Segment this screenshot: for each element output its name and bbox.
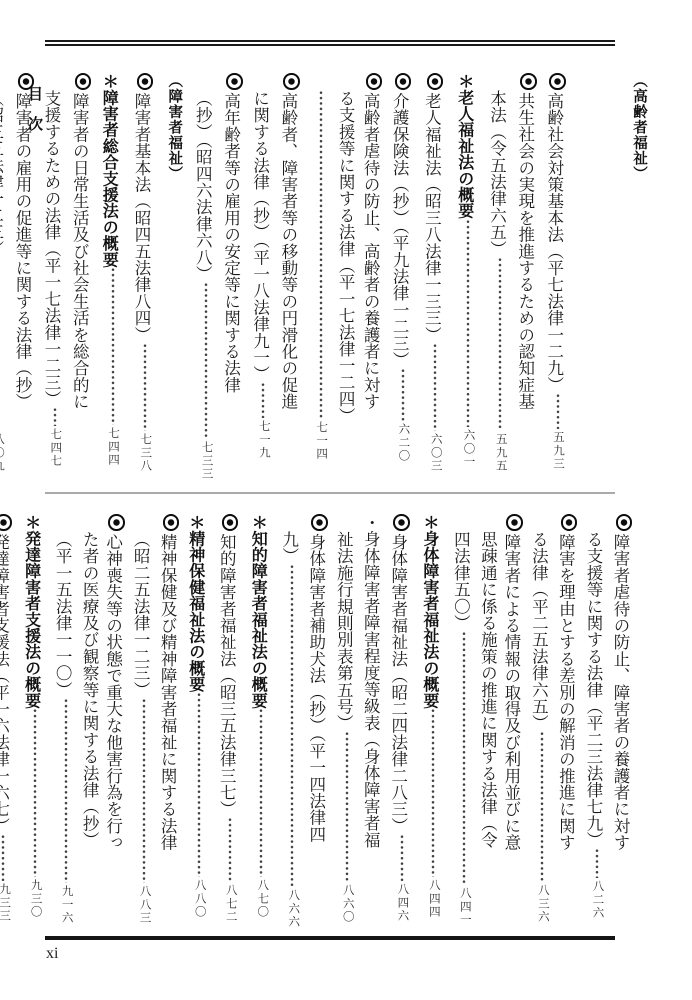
dot-leader-icon [257, 382, 269, 418]
entry-page-number: 七三八 [132, 433, 157, 473]
toc-entry: 障害者の日常生活及び社会生活を総合的に支援するための法律（平一七法律一二三）七四… [39, 73, 92, 417]
dot-leader-icon [193, 692, 205, 877]
entry-page-number: 八八三 [132, 885, 156, 925]
entry-title: 精神保健福祉法の概要 [187, 530, 204, 692]
fisheye-bullet-icon [549, 73, 566, 90]
dot-leader-icon [315, 90, 327, 419]
dot-leader-icon [341, 731, 353, 881]
fisheye-bullet-icon [163, 514, 180, 531]
toc-entry: 共生社会の実現を推進するための認知症基本法（令五法律六五）五九五 [484, 73, 537, 417]
toc-entry: ＊精神保健福祉法の概要八八〇 [183, 514, 210, 858]
entry-title: 介護保険法（抄）（平九法律一二三） [390, 93, 409, 369]
dot-leader-icon [552, 393, 564, 429]
entry-page-number: 七三三 [194, 441, 219, 481]
fisheye-bullet-icon [366, 73, 383, 90]
entry-title: 障害者の日常生活及び社会生活を総合的に支援するための法律（平一七法律一二三） [42, 90, 89, 410]
dot-leader-icon [107, 267, 119, 424]
toc-entry: 身体障害者補助犬法（抄）（平一四法律四九）八六六 [277, 514, 328, 858]
dot-leader-icon [286, 564, 298, 886]
toc-entry: 高年齢者等の雇用の安定等に関する法律（抄）（昭四六法律六八）七三三 [190, 73, 243, 417]
leader-and-page: 六二〇 [390, 368, 415, 463]
entry-page-number: 六〇一 [455, 429, 480, 469]
fisheye-bullet-icon [520, 73, 537, 90]
leader-and-page: 六〇三 [423, 343, 448, 473]
dot-leader-icon [49, 407, 61, 426]
leader-and-page: 八〇九 [0, 257, 10, 473]
entry-page-number: 八四四 [421, 879, 445, 919]
dot-leader-icon [0, 257, 4, 431]
toc-entry: 高齢者虐待の防止、高齢者の養護者に対する支援等に関する法律（平一七法律一二四）七… [305, 73, 383, 417]
entry-page-number: 九三〇 [23, 879, 47, 919]
toc-entry: 老人福祉法（昭三八法律一三三）六〇三 [419, 73, 447, 417]
dot-leader-icon [494, 257, 506, 431]
entry-page-number: 七一四 [308, 421, 333, 461]
entry-page-number: 八四六 [390, 883, 414, 923]
toc-entry: （高齢者福祉） [626, 73, 651, 417]
fisheye-bullet-icon [616, 514, 633, 531]
entry-title: 障害者総合支援法の概要 [100, 89, 117, 267]
dot-leader-icon [429, 343, 441, 431]
entry-page-number: 五九三 [545, 431, 570, 471]
entry-title: 高齢者虐待の防止、高齢者の養護者に対する支援等に関する法律（平一七法律一二四） [336, 90, 380, 424]
fisheye-bullet-icon [561, 514, 578, 531]
entry-page-number: 八二六 [585, 880, 609, 920]
toc-entry: 高齢社会対策基本法（平七法律一二九）五九三 [542, 73, 570, 417]
leader-and-page: 八四四 [421, 708, 445, 918]
toc-entry: ＊障害者総合支援法の概要七四四 [96, 73, 125, 417]
fisheye-bullet-icon [108, 514, 125, 531]
toc-band-disability-welfare: 障害者虐待の防止、障害者の養護者に対する支援等に関する法律（平二三法律七九）八二… [0, 514, 632, 954]
fisheye-bullet-icon [75, 73, 92, 90]
leader-and-page: 六〇一 [455, 219, 480, 469]
entry-page-number: 六二〇 [390, 423, 415, 463]
entry-title: 高齢社会対策基本法（平七法律一二九） [545, 93, 564, 394]
leader-and-page: 九三〇 [23, 708, 47, 918]
leader-and-page: 五九五 [488, 257, 513, 473]
leader-and-page: 七三三 [194, 282, 219, 481]
entry-title: 身体障害者福祉法（昭二四法律二八三） [389, 534, 408, 835]
entry-page-number: 九三三 [0, 883, 15, 923]
entry-page-number: 八七二 [218, 884, 242, 924]
fisheye-bullet-icon [137, 73, 154, 90]
entry-title: （高齢者福祉） [631, 73, 647, 182]
fisheye-bullet-icon [283, 73, 300, 90]
leader-and-page: 八八三 [132, 698, 156, 925]
leader-and-page: 七一九 [251, 382, 276, 460]
top-double-rule [45, 40, 615, 46]
entry-title: （障害者福祉） [166, 73, 182, 182]
leader-and-page: 八六六 [281, 564, 305, 928]
asterisk-mark: ＊ [456, 73, 473, 89]
toc-page: 目次 （高齢者福祉） 高齢社会対策基本法（平七法律一二九）五九三 共生社会の実現… [0, 0, 692, 1000]
entry-title: 障害者虐待の防止、障害者の養護者に対する支援等に関する法律（平二三法律七九） [584, 531, 630, 851]
toc-entry: 障害者基本法（昭四五法律八四）七三八 [129, 73, 157, 417]
dot-leader-icon [536, 731, 548, 881]
entry-page-number: 五九五 [488, 433, 513, 473]
toc-entry: 介護保険法（抄）（平九法律一二三）六二〇 [387, 73, 415, 417]
leader-and-page: 九一六 [54, 698, 78, 925]
fisheye-bullet-icon [506, 514, 523, 531]
dot-leader-icon [255, 708, 267, 876]
toc-entry: ・身体障害者障害程度等級表（身体障害者福祉法施行規則別表第五号）八六〇 [332, 514, 383, 858]
entry-page-number: 八七〇 [250, 879, 274, 919]
entry-title: 高齢者、障害者等の移動等の円滑化の促進に関する法律（抄）（平一八法律九一） [251, 90, 298, 410]
asterisk-mark: ＊ [249, 514, 266, 530]
asterisk-mark: ＊ [100, 73, 117, 89]
entry-page-number: 九一六 [54, 885, 78, 925]
fisheye-bullet-icon [0, 514, 12, 531]
entry-title: 障害者基本法（昭四五法律八四） [132, 93, 151, 344]
dot-leader-icon [29, 708, 41, 876]
toc-entry: 精神保健及び精神障害者福祉に関する法律（昭二五法律一二三）八八三 [129, 514, 180, 858]
bottom-rule [45, 936, 615, 940]
entry-title: 発達障害者支援法の概要 [23, 530, 40, 708]
entry-title: 老人福祉法の概要 [456, 89, 473, 219]
toc-entry: ＊老人福祉法の概要六〇一 [452, 73, 481, 417]
leader-and-page: 八三六 [530, 731, 554, 923]
fisheye-bullet-icon [393, 514, 410, 531]
toc-entry: 障害を理由とする差別の解消の推進に関する法律（平二五法律六五）八三六 [527, 514, 578, 858]
entry-page-number: 六〇三 [423, 433, 448, 473]
toc-entry: 障害者虐待の防止、障害者の養護者に対する支援等に関する法律（平二三法律七九）八二… [581, 514, 632, 858]
dot-leader-icon [458, 631, 470, 885]
entry-title: 身体障害者福祉法の概要 [421, 530, 438, 708]
dot-leader-icon [139, 343, 151, 431]
fisheye-bullet-icon [226, 73, 243, 90]
leader-and-page: 七三八 [132, 343, 157, 473]
leader-and-page: 七四七 [42, 407, 67, 468]
toc-entry: 障害者の雇用の促進等に関する法律（抄）（昭三五法律一二三）八〇九 [0, 73, 35, 417]
entry-title: 発達障害者支援法（平一六法律一六七） [0, 534, 10, 835]
dot-leader-icon [396, 834, 408, 881]
leader-and-page: 八二六 [585, 848, 609, 920]
entry-title: 老人福祉法（昭三八法律一三三） [422, 93, 441, 344]
leader-and-page: 七一四 [308, 90, 333, 461]
entry-page-number: 八八〇 [187, 879, 211, 919]
leader-and-page: 九三三 [0, 834, 15, 923]
dot-leader-icon [0, 834, 9, 881]
leader-and-page: 八八〇 [187, 692, 211, 919]
toc-entry: 心神喪失等の状態で重大な他害行為を行った者の医療及び観察等に関する法律（抄）（平… [51, 514, 125, 858]
fisheye-bullet-icon [395, 73, 412, 90]
asterisk-mark: ＊ [23, 514, 40, 530]
entry-page-number: 七四四 [100, 427, 125, 467]
toc-entry: ＊知的障害者福祉法の概要八七〇 [246, 514, 273, 858]
dot-mark: ・ [361, 514, 380, 531]
entry-title: 知的障害者福祉法の概要 [249, 530, 266, 708]
leader-and-page: 五九三 [545, 393, 570, 471]
dot-leader-icon [224, 817, 236, 881]
entry-page-number: 七一九 [251, 420, 276, 460]
toc-entry: 知的障害者福祉法（昭三五法律三七）八七二 [215, 514, 242, 858]
toc-entry: ＊発達障害者支援法の概要九三〇 [19, 514, 46, 858]
leader-and-page: 八四六 [390, 834, 414, 923]
leader-and-page: 八四一 [452, 631, 476, 927]
dot-leader-icon [591, 848, 603, 878]
toc-entry: 障害者による情報の取得及び利用並びに意思疎通に係る施策の推進に関する法律（令四法… [449, 514, 523, 858]
dot-leader-icon [462, 219, 474, 427]
toc-entry: 発達障害者支援法（平一六法律一六七）九三三 [0, 514, 15, 858]
toc-entry: ＊身体障害者福祉法の概要八四四 [417, 514, 444, 858]
band-divider-rule [45, 492, 615, 494]
entry-page-number: 七四七 [42, 428, 67, 468]
dot-leader-icon [397, 368, 409, 421]
entry-page-number: 八六六 [281, 889, 305, 929]
entry-title: 知的障害者福祉法（昭三五法律三七） [217, 534, 236, 818]
asterisk-mark: ＊ [421, 514, 438, 530]
fisheye-bullet-icon [311, 514, 328, 531]
toc-band-elderly-welfare: （高齢者福祉） 高齢社会対策基本法（平七法律一二九）五九三 共生社会の実現を推進… [0, 73, 651, 503]
dot-leader-icon [427, 708, 439, 876]
leader-and-page: 八六〇 [335, 731, 359, 923]
toc-entry: 身体障害者福祉法（昭二四法律二八三）八四六 [386, 514, 413, 858]
toc-entry: （障害者福祉） [161, 73, 186, 417]
fisheye-bullet-icon [222, 514, 239, 531]
entry-page-number: 八〇九 [0, 433, 10, 473]
fisheye-bullet-icon [427, 73, 444, 90]
entry-page-number: 八六〇 [335, 884, 359, 924]
dot-leader-icon [200, 282, 212, 439]
entry-page-number: 八三六 [530, 884, 554, 924]
entry-page-number: 八四一 [452, 887, 476, 927]
fisheye-bullet-icon [18, 73, 35, 90]
asterisk-mark: ＊ [187, 514, 204, 530]
dot-leader-icon [60, 698, 72, 883]
dot-leader-icon [138, 698, 150, 883]
toc-entry: 高齢者、障害者等の移動等の円滑化の促進に関する法律（抄）（平一八法律九一）七一九 [248, 73, 301, 417]
leader-and-page: 八七〇 [250, 708, 274, 918]
page-number-footer: xi [46, 945, 58, 963]
leader-and-page: 八七二 [218, 817, 242, 923]
leader-and-page: 七四四 [100, 267, 125, 466]
